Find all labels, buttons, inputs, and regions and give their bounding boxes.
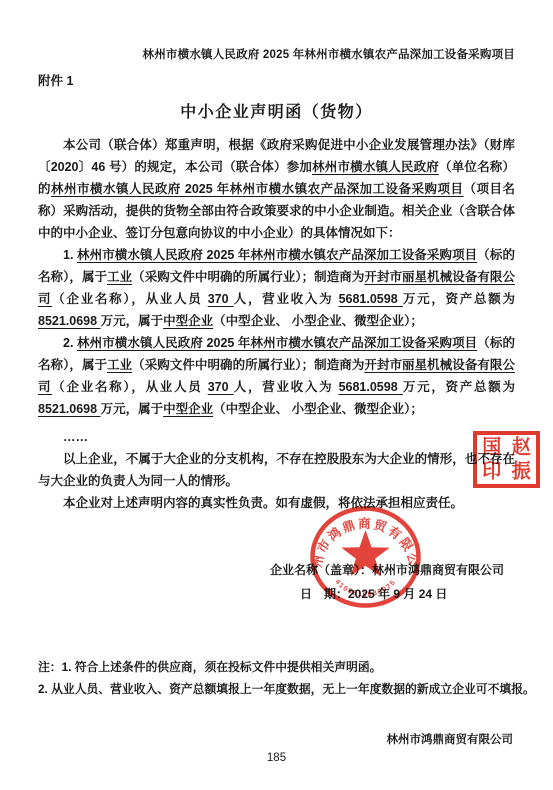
body-text: 1. [63, 248, 77, 262]
body-paragraph: 本公司（联合体）郑重声明，根据《政府采购促进中小企业发展管理办法》（财库〔202… [38, 134, 515, 244]
body-paragraph: 1. 林州市横水镇人民政府 2025 年林州市横水镇农产品深加工设备采购项目（标… [38, 244, 515, 332]
underlined-field: 370 [208, 292, 234, 306]
body-text: （采购文件中明确的所属行业）；制造商为 [132, 358, 364, 372]
document-page: 林州市横水镇人民政府 2025 年林州市横水镇农产品深加工设备采购项目 附件 1… [0, 0, 553, 790]
body-text: 人，营业收入为 [234, 380, 339, 394]
underlined-field: 林州市横水镇人民政府 2025 年林州市横水镇农产品深加工设备采购项目 [77, 336, 477, 350]
underlined-field: 8521.0698 [38, 402, 101, 416]
page-header-project-title: 林州市横水镇人民政府 2025 年林州市横水镇农产品深加工设备采购项目 [38, 46, 515, 62]
underlined-field: 中型企业 [163, 402, 213, 416]
body-text: 万元，属于 [101, 402, 164, 416]
body-paragraph: 2. 林州市横水镇人民政府 2025 年林州市横水镇农产品深加工设备采购项目（标… [38, 332, 515, 420]
seal-number-text: 4105810085075 [333, 578, 397, 598]
square-seal: 国赵印振 [473, 431, 540, 488]
seal-character: 赵 [512, 437, 531, 457]
document-title: 中小企业声明函（货物） [0, 99, 553, 122]
note-line: 2. 从业人员、营业收入、资产总额填报上一年度数据，无上一年度数据的新成立企业可… [38, 678, 515, 700]
seal-character: 国 [482, 437, 501, 457]
body-text: 以上企业，不属于大企业的分支机构，不存在控股股东为大企业的情形，也不存在与大企业… [38, 452, 515, 488]
underlined-field: 林州市横水镇人民政府 [312, 160, 439, 174]
body-text: （企业名称），从业人员 [52, 292, 207, 306]
footer-company-name: 林州市鸿鼎商贸有限公司 [387, 731, 514, 747]
underlined-field: 工业 [107, 270, 132, 284]
body-paragraph: 本企业对上述声明内容的真实性负责。如有虚假，将依法承担相应责任。 [38, 492, 515, 514]
body-text: （中型企业、 小型企业、微型企业）； [213, 314, 423, 328]
note-line: 注：1. 符合上述条件的供应商，须在投标文件中提供相关声明函。 [38, 656, 515, 678]
body-text: 万元，资产总额为 [403, 380, 515, 394]
body-text: 万元，资产总额为 [403, 292, 515, 306]
underlined-field: 5681.0598 [339, 292, 403, 306]
document-body: 本公司（联合体）郑重声明，根据《政府采购促进中小企业发展管理办法》（财库〔202… [38, 134, 515, 514]
body-paragraph: 以上企业，不属于大企业的分支机构，不存在控股股东为大企业的情形，也不存在与大企业… [38, 448, 515, 492]
underlined-field: 中型企业 [163, 314, 213, 328]
seal-character: 振 [512, 462, 531, 482]
body-paragraph: …… [38, 426, 515, 448]
body-text: 人，营业收入为 [234, 292, 339, 306]
underlined-field: 5681.0598 [339, 380, 403, 394]
underlined-field: 林州市横水镇人民政府 2025 年林州市横水镇农产品深加工设备采购项目 [51, 182, 464, 196]
company-round-seal: 林州市鸿鼎商贸有限公司 4105810085075 [308, 504, 423, 610]
body-text: （采购文件中明确的所属行业）；制造商为 [132, 270, 364, 284]
signature-block: 企业名称（盖章）：林州市鸿鼎商贸有限公司 日 期：2025 年 9 月 24 日 [0, 558, 553, 606]
seal-character: 印 [482, 462, 501, 482]
body-text: …… [63, 430, 88, 444]
body-text: （企业名称），从业人员 [52, 380, 207, 394]
underlined-field: 8521.0698 [38, 314, 101, 328]
attachment-label: 附件 1 [38, 71, 515, 89]
notes: 注：1. 符合上述条件的供应商，须在投标文件中提供相关声明函。2. 从业人员、营… [38, 656, 515, 700]
body-text: （中型企业、 小型企业、微型企业）； [213, 402, 423, 416]
underlined-field: 370 [208, 380, 234, 394]
body-text: 2. [63, 336, 77, 350]
underlined-field: 工业 [107, 358, 132, 372]
underlined-field: 林州市横水镇人民政府 2025 年林州市横水镇农产品深加工设备采购项目 [77, 248, 477, 262]
svg-text:4105810085075: 4105810085075 [333, 578, 397, 598]
seal-star-icon [341, 530, 390, 576]
page-number: 185 [0, 752, 553, 764]
body-text: 万元，属于 [101, 314, 164, 328]
